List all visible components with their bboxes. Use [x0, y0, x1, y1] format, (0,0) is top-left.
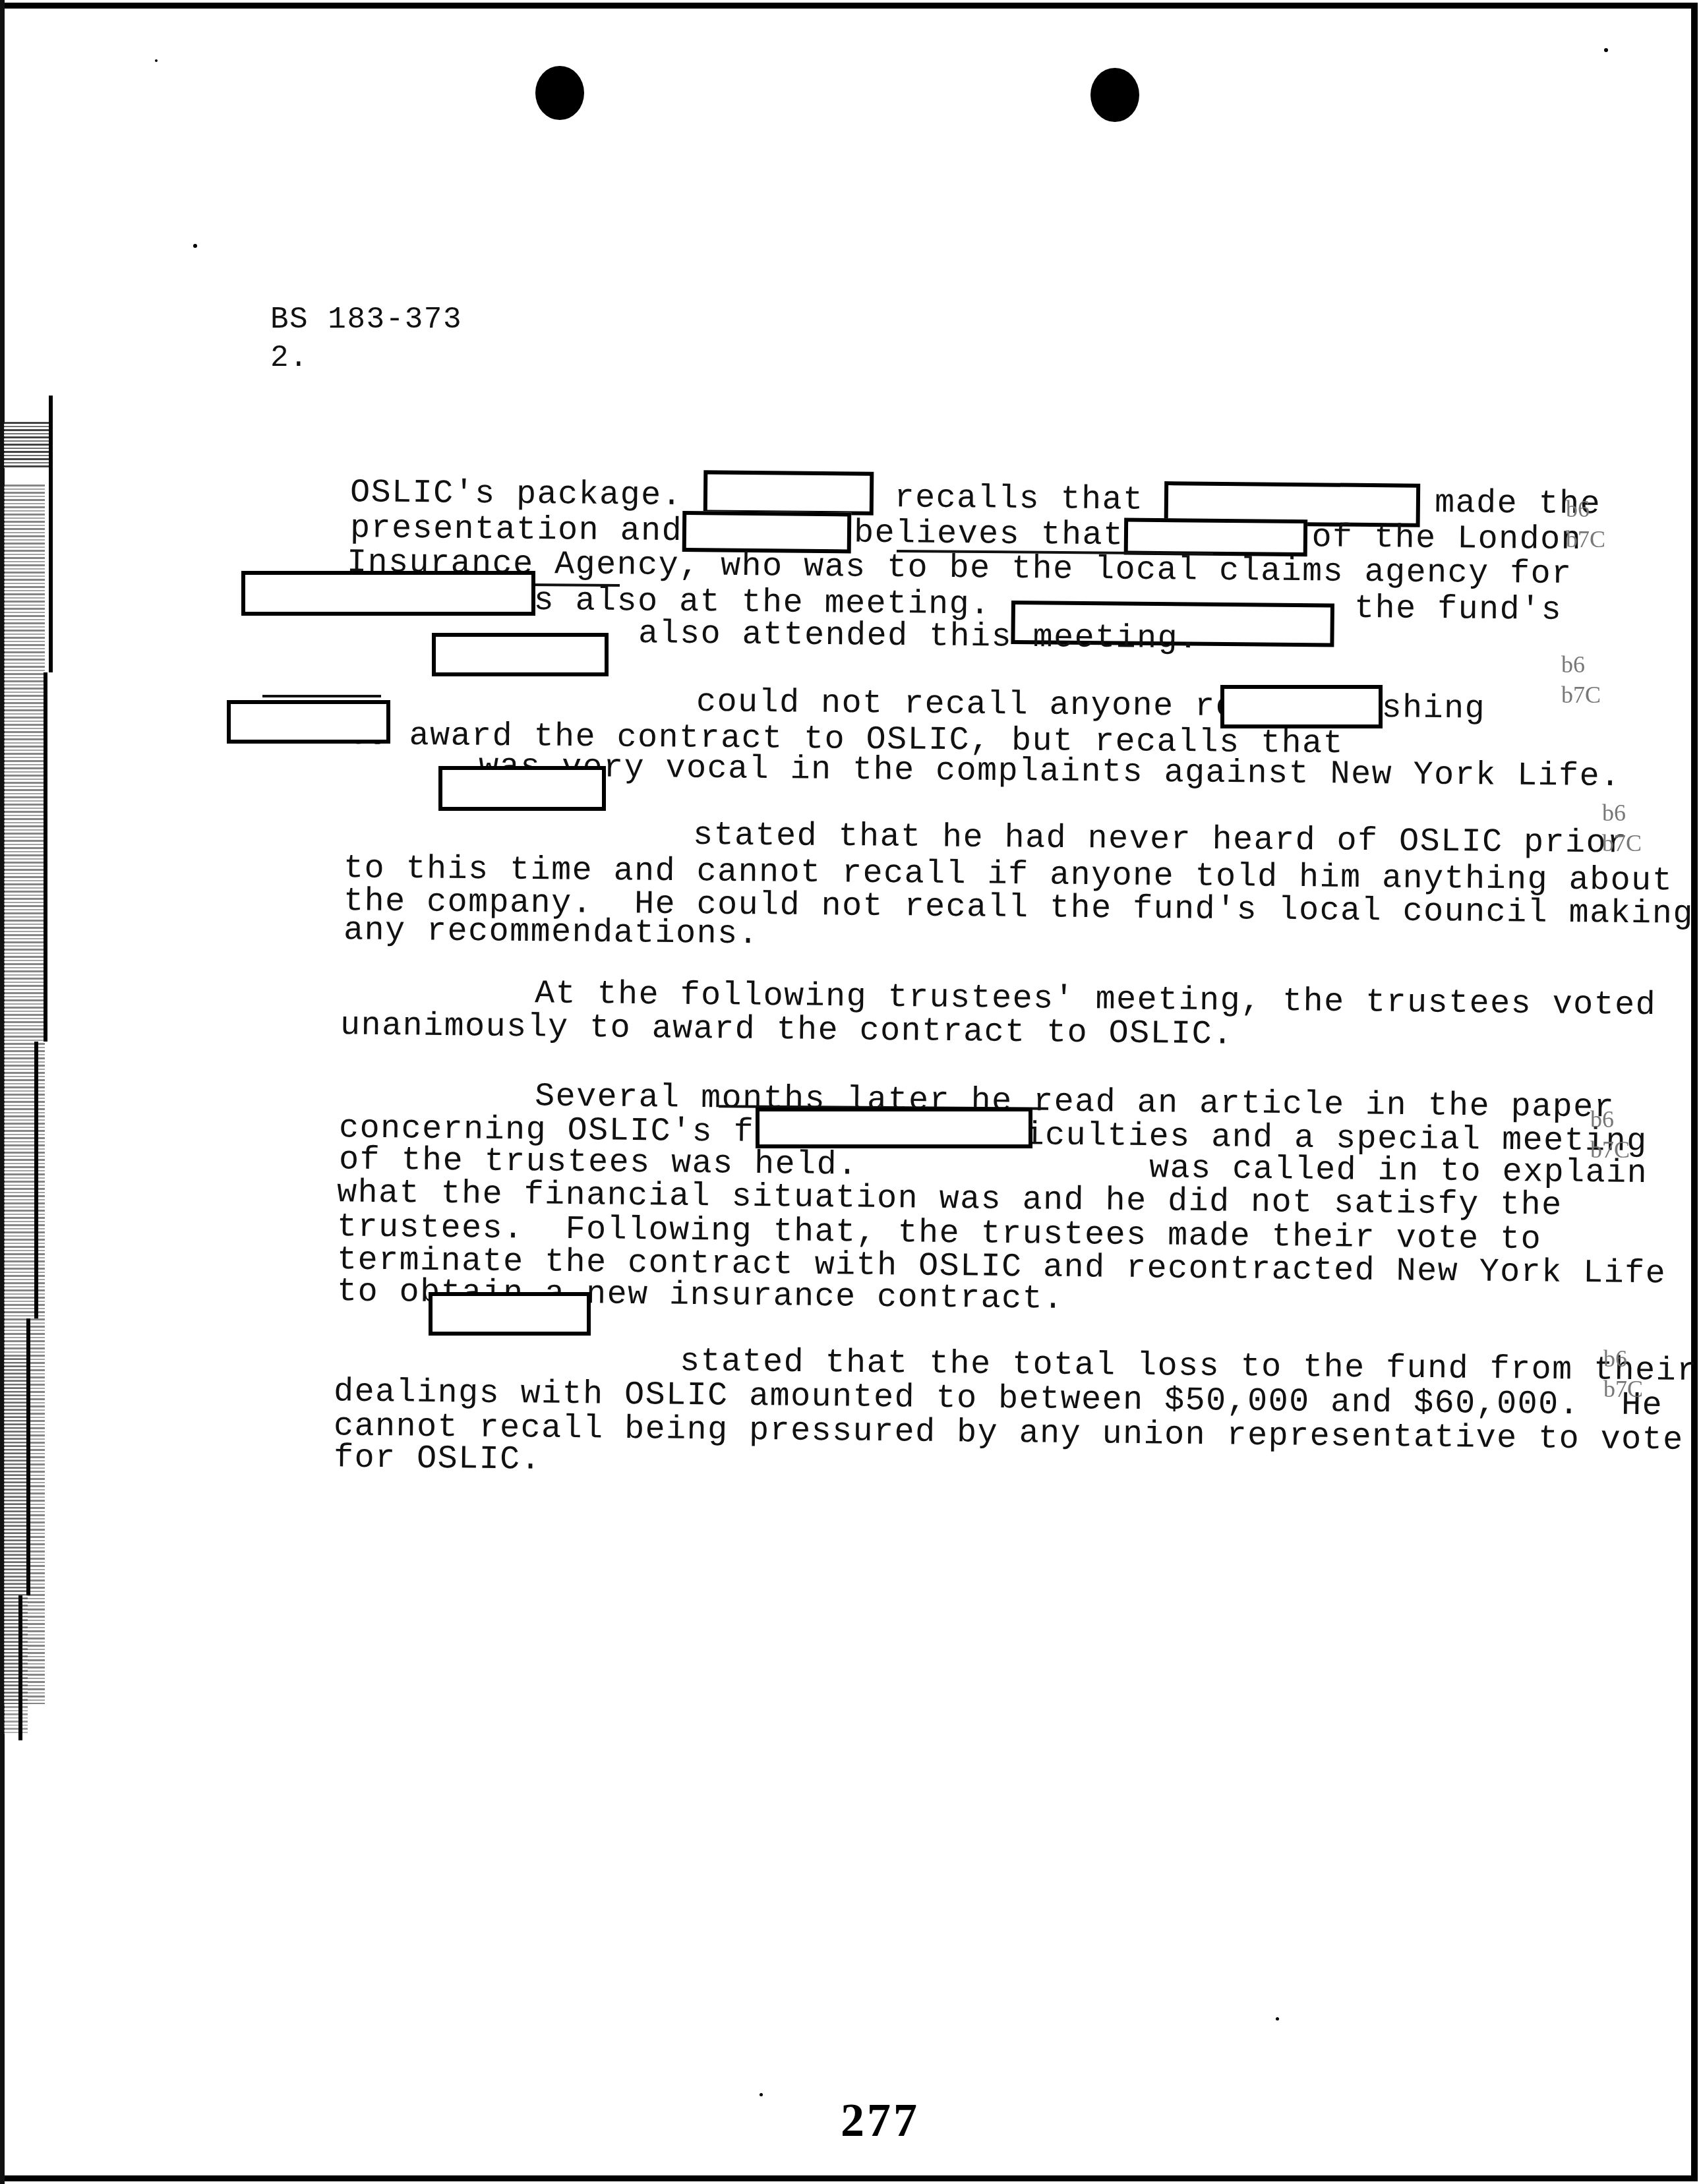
scan-speck	[155, 59, 158, 62]
scan-speck	[1604, 48, 1608, 52]
binding-edge-line	[34, 1042, 38, 1318]
binding-edge-noise	[4, 1358, 28, 1734]
text-segment: unanimously to award the contract to OSL…	[340, 1009, 1234, 1051]
binding-edge-line	[18, 1595, 22, 1740]
text-segment: for OSLIC.	[334, 1442, 542, 1477]
page-marker: 2.	[270, 343, 309, 373]
exemption-code-b6: b6	[1603, 1343, 1627, 1374]
redaction-box	[438, 766, 606, 811]
scan-speck	[760, 2093, 763, 2096]
exemption-code-b6: b6	[1590, 1104, 1614, 1135]
binding-edge-noise	[4, 422, 49, 468]
exemption-code-b6: b6	[1602, 798, 1626, 828]
text-segment: the fund's	[1354, 593, 1563, 628]
document-page: BS 183-373 2. OSLIC's package. recalls t…	[0, 0, 1701, 2184]
scan-speck	[193, 244, 197, 248]
hole-punch-left	[535, 66, 584, 120]
redaction-box	[432, 633, 609, 676]
exemption-code-b6: b6	[1566, 494, 1590, 524]
exemption-code-b7c: b7C	[1602, 828, 1642, 858]
scan-border-top	[0, 3, 1696, 9]
scan-speck	[1276, 2017, 1279, 2021]
paragraph-6-line-4: for OSLIC.	[250, 1408, 542, 1510]
scan-border-right	[1691, 3, 1698, 2181]
binding-edge-line	[44, 672, 47, 1042]
binding-edge-line	[26, 1318, 30, 1595]
redaction-box	[429, 1292, 591, 1336]
binding-edge-line	[49, 396, 53, 672]
exemption-code-b7c: b7C	[1590, 1135, 1630, 1165]
exemption-code-b6: b6	[1561, 649, 1585, 680]
exemption-code-b7c: b7C	[1566, 524, 1605, 554]
scan-border-bottom	[0, 2175, 1698, 2181]
page-number: 277	[841, 2093, 920, 2148]
exemption-code-b7c: b7C	[1561, 680, 1601, 710]
file-number: BS 183-373	[270, 305, 462, 335]
hole-punch-right	[1090, 68, 1139, 122]
text-segment: also attended this meeting.	[638, 618, 1199, 656]
exemption-code-b7c: b7C	[1603, 1374, 1643, 1404]
redaction-box	[227, 700, 390, 744]
redaction-box	[1220, 685, 1383, 728]
redaction-box	[241, 571, 535, 616]
